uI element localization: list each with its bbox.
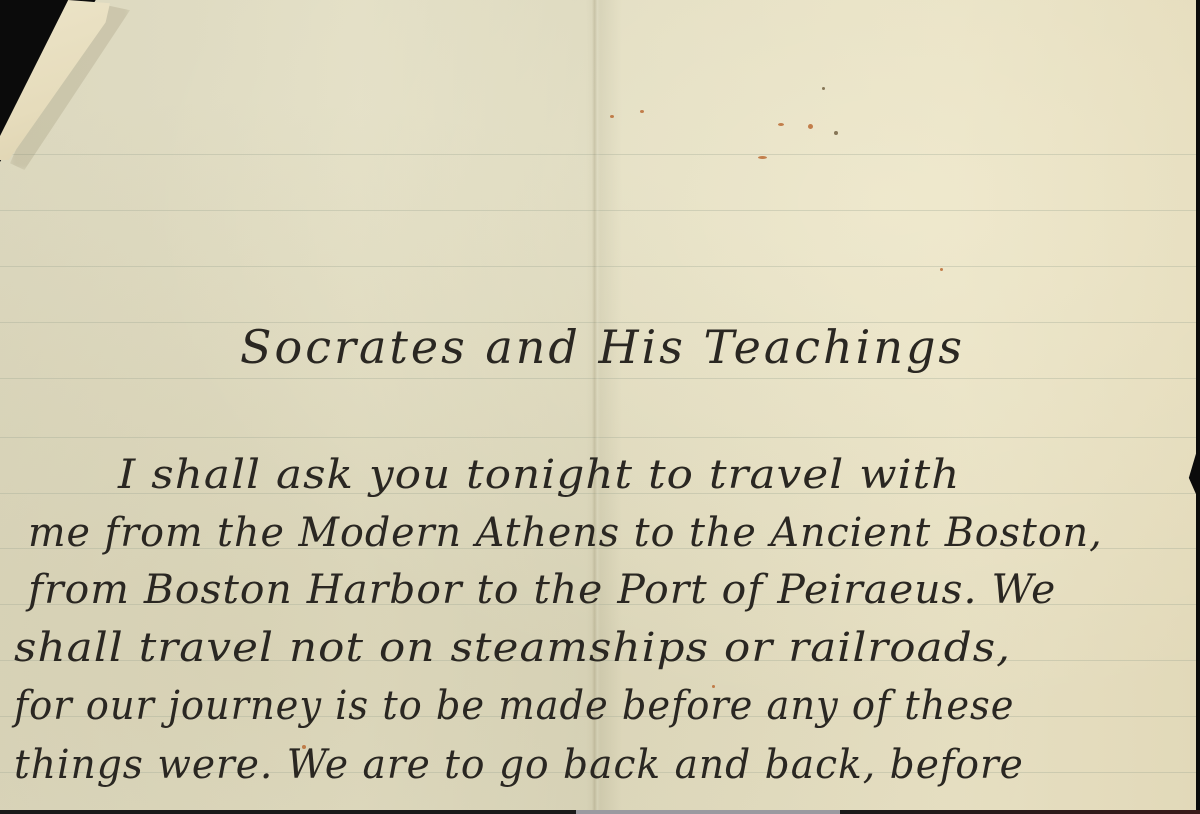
foxing-spot [758,156,767,159]
foxing-spot [778,123,784,126]
foxing-spot [834,131,838,135]
manuscript-title: Socrates and His Teachings [240,320,965,374]
manuscript-page: Socrates and His Teachings I shall ask y… [0,0,1196,810]
manuscript-line-6: things were. We are to go back and back,… [14,742,1024,788]
manuscript-line-4: shall travel not on steamships or railro… [14,625,1011,671]
foxing-spot [940,268,943,271]
foxing-spot [808,124,813,129]
foxing-spot [610,115,614,118]
manuscript-line-1: I shall ask you tonight to travel with [118,452,960,498]
foxing-spot [640,110,644,113]
manuscript-line-3: from Boston Harbor to the Port of Peirae… [28,567,1056,613]
document-scan: Socrates and His Teachings I shall ask y… [0,0,1200,814]
foxing-spot [822,87,825,90]
manuscript-line-5: for our journey is to be made before any… [14,683,1014,729]
manuscript-line-2: me from the Modern Athens to the Ancient… [28,510,1103,556]
scan-bottom-edge [0,810,1200,814]
